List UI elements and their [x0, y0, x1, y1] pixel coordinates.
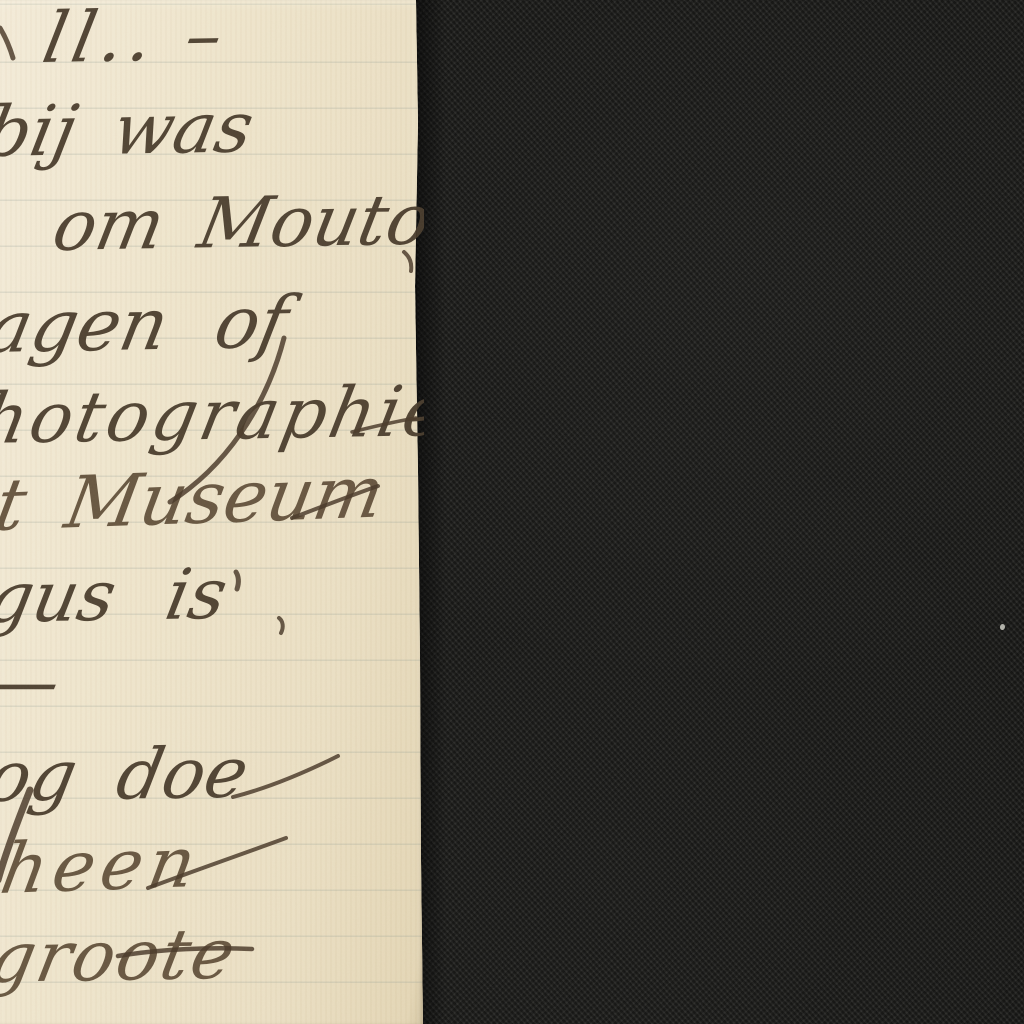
manuscript-line-6: t Museum [0, 450, 390, 547]
manuscript-line-5: hotographie [0, 370, 424, 460]
pen-stroke-top-left-tick [0, 28, 13, 58]
archival-scan: ll.. – bij was om Mouton agen of hotogra… [0, 0, 1024, 1024]
handwriting-layer: ll.. – bij was om Mouton agen of hotogra… [0, 0, 424, 1024]
manuscript-line-7: gus is [0, 553, 234, 639]
pen-stroke-comma [279, 618, 283, 633]
manuscript-line-4: agen of [0, 280, 306, 369]
manuscript-line-3: om Mouton [47, 177, 424, 266]
manuscript-line-10: heen [0, 821, 208, 910]
manuscript-line-1: ll.. – [37, 0, 236, 79]
manuscript-line-9: og doe [0, 731, 255, 818]
manuscript-line-2: bij was [0, 86, 260, 173]
pen-stroke-i-dot [236, 572, 238, 589]
manuscript-line-8: — [0, 640, 68, 724]
